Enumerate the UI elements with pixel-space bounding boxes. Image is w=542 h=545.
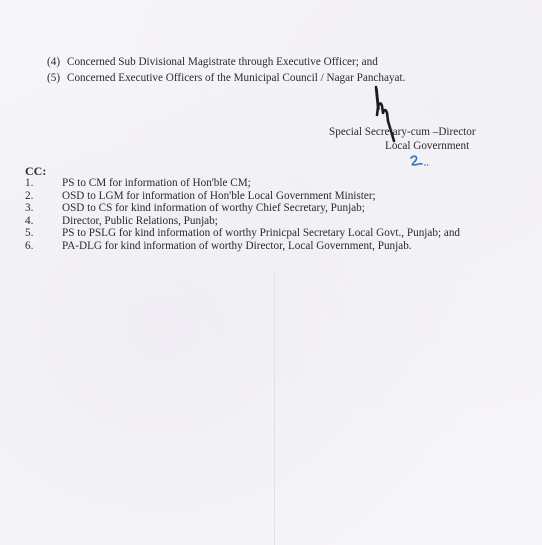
cc-item-text: OSD to LGM for information of Hon'ble Lo… bbox=[62, 190, 376, 202]
cc-item: 3.OSD to CS for kind information of wort… bbox=[25, 202, 460, 215]
cc-item-number: 3. bbox=[25, 202, 62, 215]
cc-item-text: PS to PSLG for kind information of worth… bbox=[62, 227, 460, 239]
cc-item: 6.PA-DLG for kind information of worthy … bbox=[25, 240, 460, 253]
recipient-item: (4)Concerned Sub Divisional Magistrate t… bbox=[47, 54, 405, 70]
cc-item-text: PA-DLG for kind information of worthy Di… bbox=[62, 240, 412, 252]
cc-item-number: 4. bbox=[25, 215, 62, 228]
recipient-text: Concerned Sub Divisional Magistrate thro… bbox=[67, 56, 378, 68]
recipient-number: (5) bbox=[47, 70, 67, 86]
cc-list: 1.PS to CM for information of Hon'ble CM… bbox=[25, 177, 460, 253]
page-fold-line bbox=[274, 272, 275, 545]
cc-item-text: OSD to CS for kind information of worthy… bbox=[62, 202, 365, 214]
cc-item-number: 5. bbox=[25, 227, 62, 240]
cc-item: 2.OSD to LGM for information of Hon'ble … bbox=[25, 190, 460, 203]
cc-item-text: Director, Public Relations, Punjab; bbox=[62, 215, 218, 227]
cc-item: 1.PS to CM for information of Hon'ble CM… bbox=[25, 177, 460, 190]
recipient-number: (4) bbox=[47, 54, 67, 70]
recipient-text: Concerned Executive Officers of the Muni… bbox=[67, 72, 405, 84]
cc-item-number: 2. bbox=[25, 190, 62, 203]
signatory-title-line1: Special Secretary-cum –Director bbox=[329, 126, 476, 138]
signatory-title-line2: Local Government bbox=[329, 139, 476, 153]
initials-icon bbox=[408, 154, 430, 168]
signatory-designation: Special Secretary-cum –Director Local Go… bbox=[329, 125, 476, 153]
cc-item: 5.PS to PSLG for kind information of wor… bbox=[25, 227, 460, 240]
cc-item-number: 6. bbox=[25, 240, 62, 253]
cc-item-text: PS to CM for information of Hon'ble CM; bbox=[62, 177, 251, 189]
recipient-item: (5)Concerned Executive Officers of the M… bbox=[47, 70, 405, 86]
cc-item: 4.Director, Public Relations, Punjab; bbox=[25, 215, 460, 228]
document-page: (4)Concerned Sub Divisional Magistrate t… bbox=[0, 0, 542, 545]
recipient-list: (4)Concerned Sub Divisional Magistrate t… bbox=[47, 54, 405, 86]
cc-item-number: 1. bbox=[25, 177, 62, 190]
cc-heading: CC: bbox=[25, 164, 46, 178]
